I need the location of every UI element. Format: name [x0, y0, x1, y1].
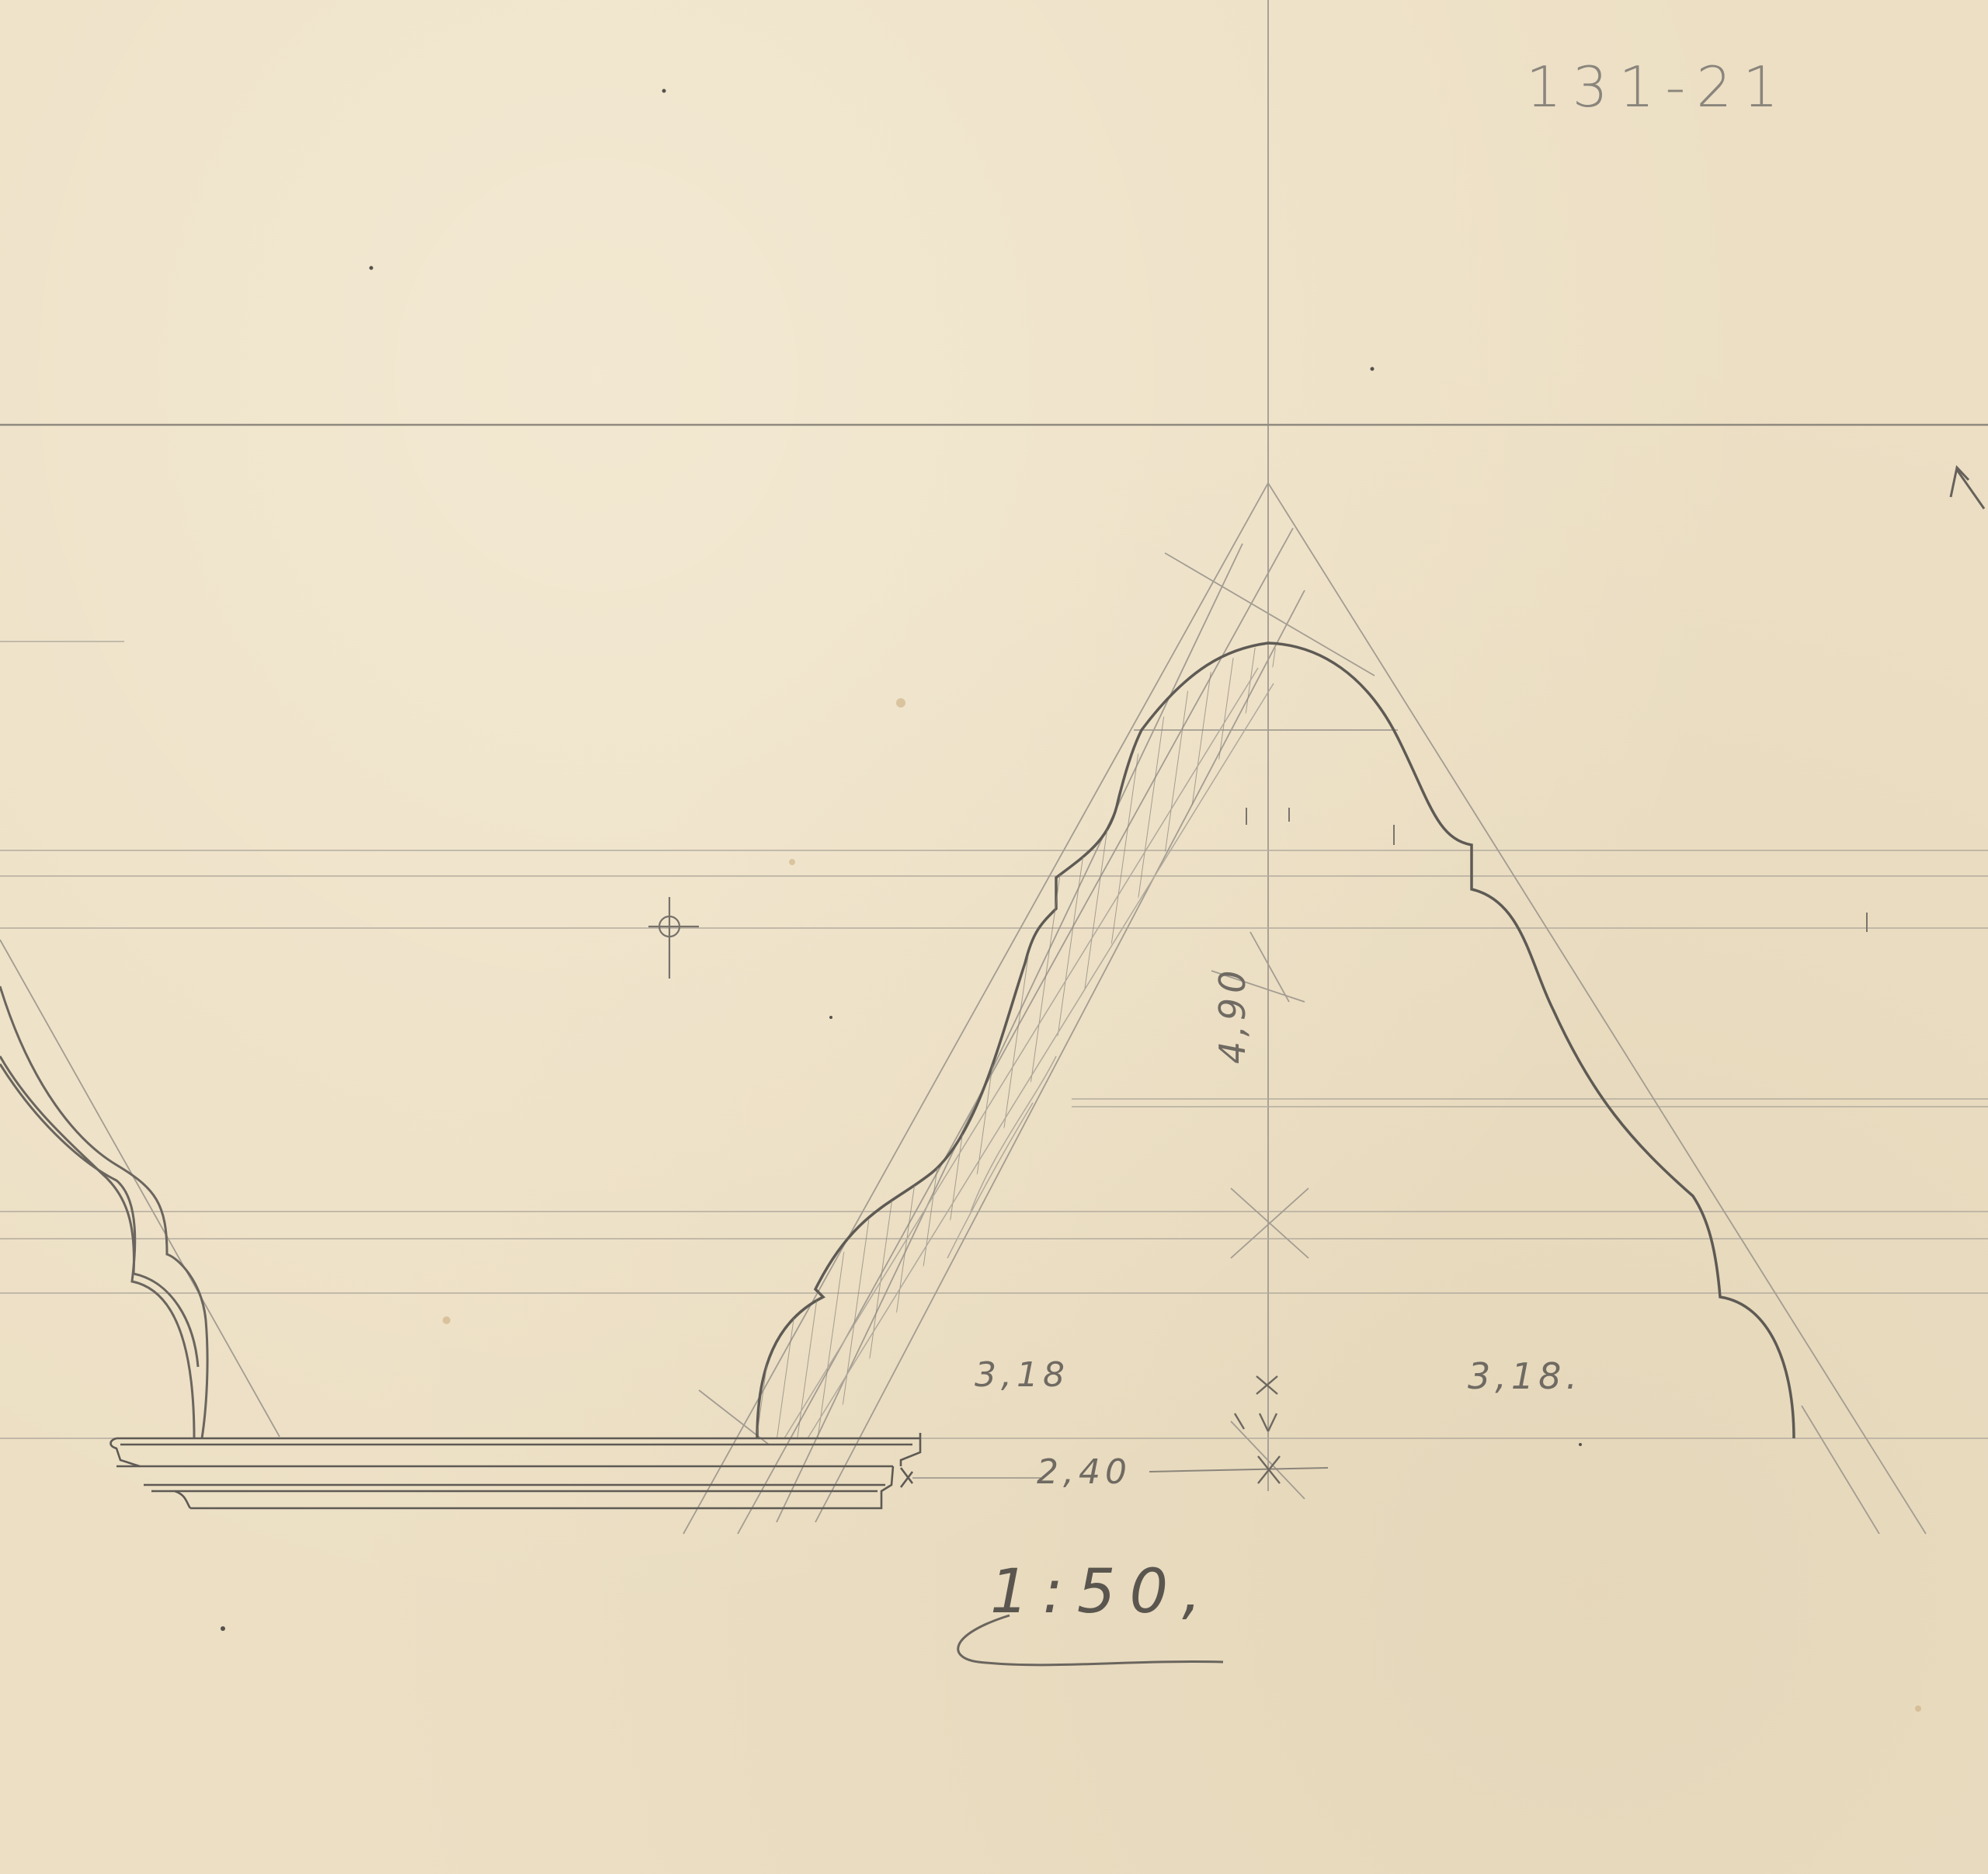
small-tick-marks — [1246, 808, 1867, 932]
partial-gable-profile-left — [0, 986, 207, 1438]
base-dimension-line — [1149, 1468, 1328, 1472]
dimension-left-width: 3,18 — [975, 1355, 1069, 1395]
axis-tick-marks — [1235, 1376, 1280, 1483]
sheet-number-label: 131-21 — [1526, 54, 1789, 120]
dimension-base-offset: 2,40 — [1037, 1452, 1131, 1492]
base-plinth-molding — [111, 1433, 1041, 1508]
edge-arrow-mark — [1951, 468, 1984, 509]
main-gable-profile — [757, 643, 1794, 1438]
scale-label: 1:50, — [990, 1557, 1215, 1627]
horizontal-reference-lines — [0, 641, 1988, 1438]
construction-triangle — [0, 483, 1926, 1534]
hatched-section-left-slope — [757, 643, 1281, 1438]
pencil-dots — [221, 89, 1582, 1632]
registration-circle-marker — [648, 897, 699, 979]
dimension-height: 4,90 — [1211, 966, 1253, 1064]
dimension-right-width: 3,18. — [1468, 1355, 1582, 1397]
drawing-sheet: 131-21 3,18 3,18. 2,40 4,90 1:50, — [0, 0, 1988, 1874]
